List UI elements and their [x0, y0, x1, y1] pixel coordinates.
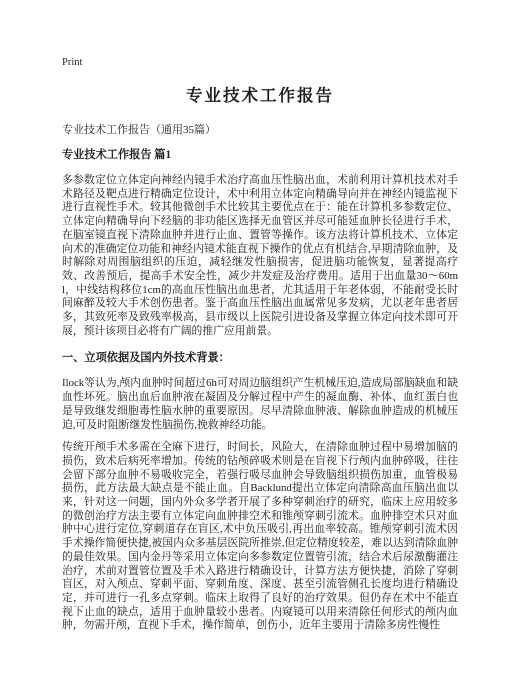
paragraph: 多参数定位立体定向神经内镜手术治疗高血压性脑出血，术前利用计算机技术对手术路径及… — [62, 174, 458, 338]
print-link[interactable]: Print — [62, 57, 82, 68]
section-heading: 一、立项依据及国内外技术背景： — [62, 349, 458, 365]
doc-subtitle: 专业技术工作报告（通用35篇） — [62, 121, 458, 137]
part-heading: 专业技术工作报告 篇1 — [62, 146, 458, 162]
paragraph: Ilock等认为,颅内血肿时间超过6h可对周边脑组织产生机械压迫,造成局部脑缺血… — [62, 377, 458, 432]
paragraph: 传统开颅手术多需在全麻下进行，时间长，风险大，在清除血肿过程中易增加脑的损伤，致… — [62, 441, 458, 633]
page-title: 专业技术工作报告 — [62, 82, 458, 106]
document-page: Print 专业技术工作报告 专业技术工作报告（通用35篇） 专业技术工作报告 … — [0, 0, 520, 673]
